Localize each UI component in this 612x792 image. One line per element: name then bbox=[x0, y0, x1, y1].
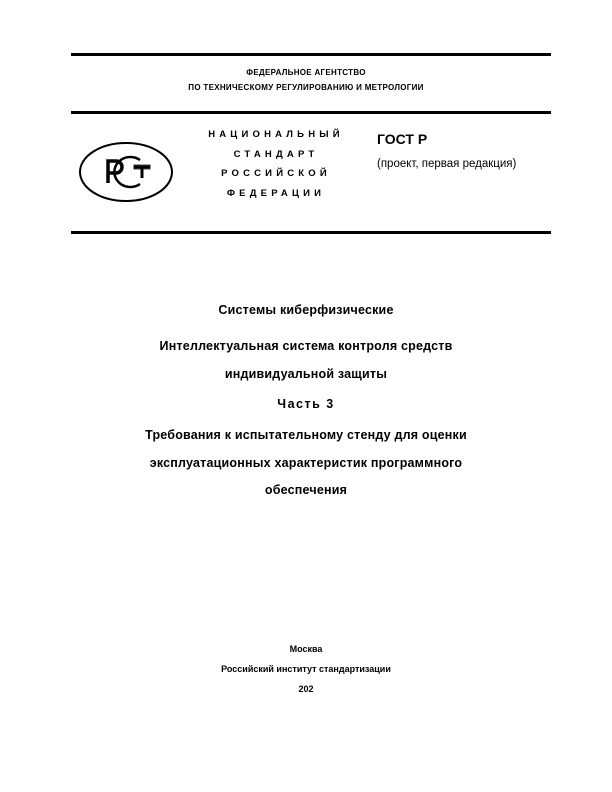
rst-gost-logo-icon bbox=[78, 141, 174, 203]
document-title-line: индивидуальной защиты bbox=[0, 367, 612, 381]
standard-code: ГОСТ Р bbox=[377, 131, 427, 147]
agency-name-line2: ПО ТЕХНИЧЕСКОМУ РЕГУЛИРОВАНИЮ И МЕТРОЛОГ… bbox=[0, 83, 612, 92]
imprint-year: 202 bbox=[0, 684, 612, 694]
draft-note: (проект, первая редакция) bbox=[377, 158, 516, 170]
part-number: Часть 3 bbox=[0, 397, 612, 411]
part-subtitle-line: эксплуатационных характеристик программн… bbox=[0, 456, 612, 470]
document-title-line: Интеллектуальная система контроля средст… bbox=[0, 339, 612, 353]
header-bottom-rule bbox=[71, 231, 551, 234]
series-title: Системы киберфизические bbox=[0, 303, 612, 317]
national-standard-line: РОССИЙСКОЙ bbox=[186, 168, 366, 179]
national-standard-line: СТАНДАРТ bbox=[186, 149, 366, 160]
part-subtitle-line: Требования к испытательному стенду для о… bbox=[0, 428, 612, 442]
header-divider-rule bbox=[71, 111, 551, 114]
national-standard-line: ФЕДЕРАЦИИ bbox=[186, 188, 366, 199]
part-subtitle-line: обеспечения bbox=[0, 483, 612, 497]
agency-name-line1: ФЕДЕРАЛЬНОЕ АГЕНТСТВО bbox=[0, 68, 612, 77]
imprint-publisher: Российский институт стандартизации bbox=[0, 664, 612, 674]
top-rule bbox=[71, 53, 551, 56]
national-standard-line: НАЦИОНАЛЬНЫЙ bbox=[186, 129, 366, 140]
imprint-city: Москва bbox=[0, 644, 612, 654]
